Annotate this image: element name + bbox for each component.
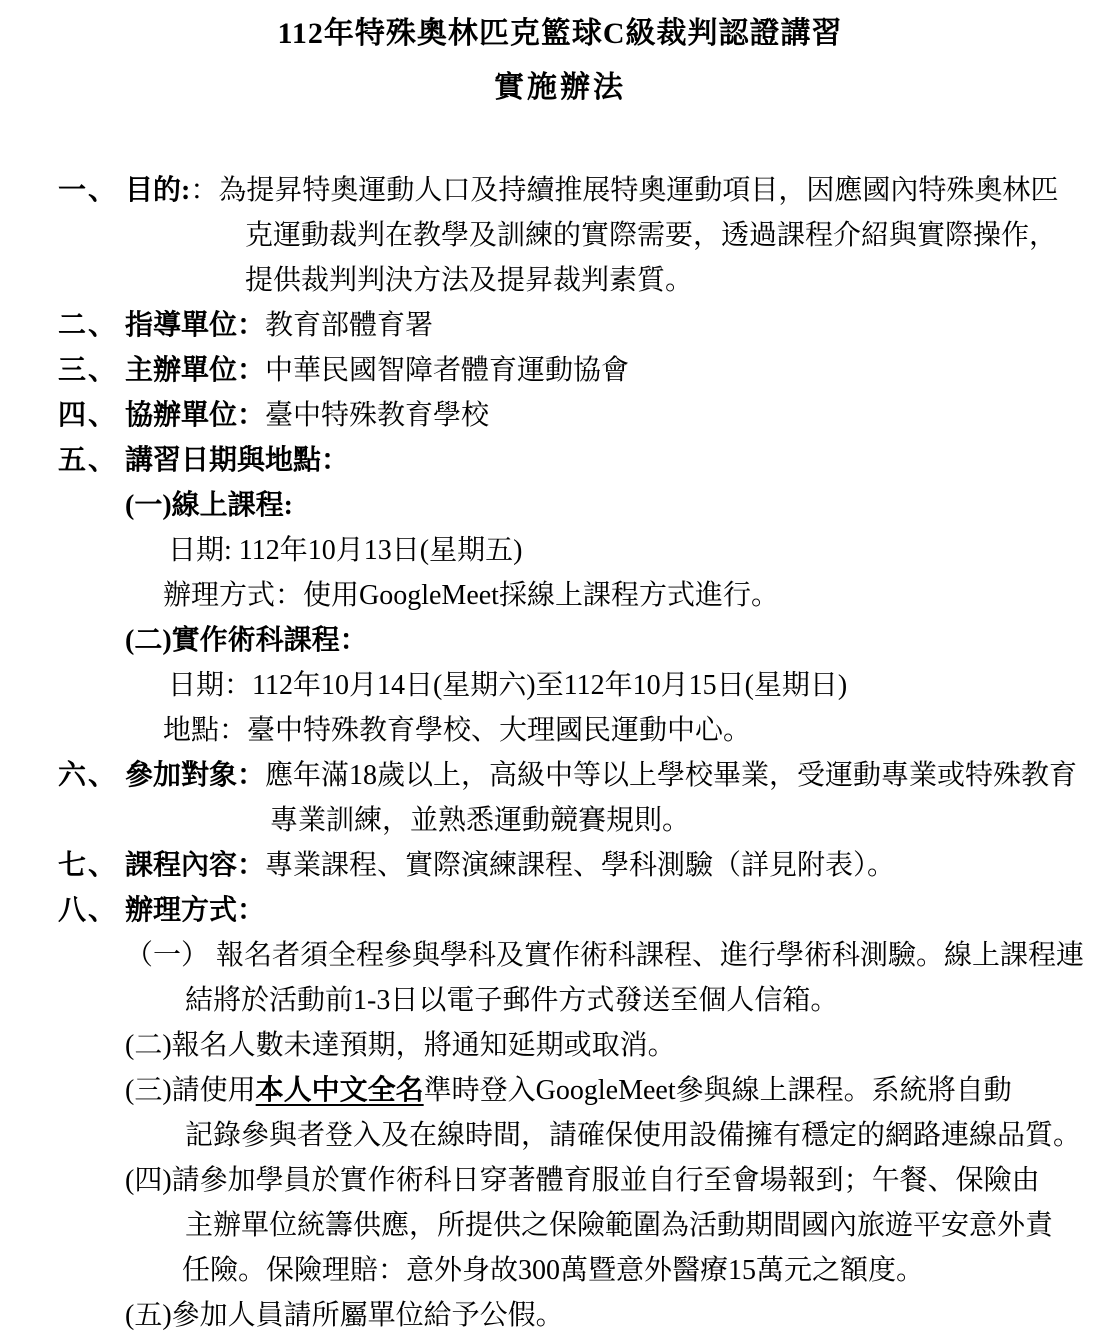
practical-course-location: 地點：臺中特殊教育學校、大理國民運動中心。 [0, 708, 1120, 753]
online-course-method: 辦理方式：使用GoogleMeet採線上課程方式進行。 [0, 573, 1120, 618]
procedure-item-2-text: (二)報名人數未達預期，將通知延期或取消。 [125, 1030, 676, 1061]
section-procedure-marker: 八、 [58, 888, 118, 933]
procedure-item-4-line-1: (四)請參加學員於實作術科日穿著體育服並自行至會場報到；午餐、保險由 [0, 1158, 1120, 1203]
procedure-item-1-line-2: 結將於活動前1-3日以電子郵件方式發送至個人信箱。 [0, 978, 1120, 1023]
procedure-item-1-text-1: （一） 報名者須全程參與學科及實作術科課程、進行學術科測驗。線上課程連 [125, 940, 1084, 971]
procedure-item-3-line-2: 記錄參與者登入及在線時間，請確保使用設備擁有穩定的網路連線品質。 [0, 1113, 1120, 1158]
section-purpose-line-3: 提供裁判判決方法及提昇裁判素質。 [0, 258, 1120, 303]
practical-course-heading-text: (二)實作術科課程： [125, 625, 368, 656]
section-organizer-marker: 三、 [58, 348, 118, 393]
procedure-item-5-line: (五)參加人員請所屬單位給予公假。 [0, 1293, 1120, 1332]
document-title: 112年特殊奧林匹克籃球C級裁判認證講習 [0, 0, 1120, 52]
procedure-item-3-emphasis: 本人中文全名 [256, 1075, 424, 1106]
section-schedule-line: 五、講習日期與地點： [0, 438, 1120, 483]
section-organizer-value: 中華民國智障者體育運動協會 [265, 355, 629, 386]
section-coorganizer-marker: 四、 [58, 393, 118, 438]
practical-course-date-text: 日期：112年10月14日(星期六)至112年10月15日(星期日) [168, 670, 847, 701]
section-participants-text-1: 應年滿18歲以上，高級中等以上學校畢業，受運動專業或特殊教育 [265, 760, 1077, 791]
section-curriculum-value: 專業課程、實際演練課程、學科測驗（詳見附表）。 [265, 850, 895, 881]
online-course-date: 日期: 112年10月13日(星期五) [0, 528, 1120, 573]
section-advisor-line: 二、指導單位：教育部體育署 [0, 303, 1120, 348]
procedure-item-3-text-2: 記錄參與者登入及在線時間，請確保使用設備擁有穩定的網路連線品質。 [185, 1120, 1081, 1151]
online-course-heading: (一)線上課程: [0, 483, 1120, 528]
procedure-item-4-text-1: (四)請參加學員於實作術科日穿著體育服並自行至會場報到；午餐、保險由 [125, 1165, 1040, 1196]
section-purpose-line-2: 克運動裁判在教學及訓練的實際需要，透過課程介紹與實際操作， [0, 213, 1120, 258]
procedure-item-1-line-1: （一） 報名者須全程參與學科及實作術科課程、進行學術科測驗。線上課程連 [0, 933, 1120, 978]
procedure-item-4-line-3: 任險。保險理賠：意外身故300萬暨意外醫療15萬元之額度。 [0, 1248, 1120, 1293]
procedure-item-4-line-2: 主辦單位統籌供應，所提供之保險範圍為活動期間國內旅遊平安意外責 [0, 1203, 1120, 1248]
section-curriculum-marker: 七、 [58, 843, 118, 888]
online-course-method-text: 辦理方式：使用GoogleMeet採線上課程方式進行。 [163, 580, 779, 611]
section-procedure-label: 辦理方式： [125, 895, 265, 926]
section-participants-line-1: 六、參加對象：應年滿18歲以上，高級中等以上學校畢業，受運動專業或特殊教育 [0, 753, 1120, 798]
section-coorganizer-value: 臺中特殊教育學校 [265, 400, 489, 431]
section-schedule-marker: 五、 [58, 438, 118, 483]
procedure-item-1-text-2: 結將於活動前1-3日以電子郵件方式發送至個人信箱。 [185, 985, 838, 1016]
section-purpose-text-1: 為提昇特奧運動人口及持續推展特奧運動項目，因應國內特殊奧林匹 [218, 175, 1058, 206]
online-course-date-text: 日期: 112年10月13日(星期五) [168, 535, 522, 566]
procedure-item-2-line: (二)報名人數未達預期，將通知延期或取消。 [0, 1023, 1120, 1068]
section-purpose-line-1: 一、目的:：為提昇特奧運動人口及持續推展特奧運動項目，因應國內特殊奧林匹 [0, 168, 1120, 213]
section-participants-text-2: 專業訓練，並熟悉運動競賽規則。 [270, 805, 690, 836]
procedure-item-3-line-1: (三)請使用本人中文全名準時登入GoogleMeet參與線上課程。系統將自動 [0, 1068, 1120, 1113]
procedure-item-3-prefix: (三)請使用 [125, 1075, 256, 1106]
section-purpose-label: 目的: [125, 175, 190, 206]
section-purpose-text-2: 克運動裁判在教學及訓練的實際需要，透過課程介紹與實際操作， [245, 220, 1057, 251]
document-subtitle: 實施辦法 [0, 70, 1120, 106]
section-curriculum-line: 七、課程內容：專業課程、實際演練課程、學科測驗（詳見附表）。 [0, 843, 1120, 888]
section-organizer-label: 主辦單位： [125, 355, 265, 386]
section-advisor-label: 指導單位： [125, 310, 265, 341]
document-body: 一、目的:：為提昇特奧運動人口及持續推展特奧運動項目，因應國內特殊奧林匹 克運動… [0, 168, 1120, 1332]
practical-course-heading: (二)實作術科課程： [0, 618, 1120, 663]
section-advisor-marker: 二、 [58, 303, 118, 348]
procedure-item-4-text-2: 主辦單位統籌供應，所提供之保險範圍為活動期間國內旅遊平安意外責 [185, 1210, 1053, 1241]
section-coorganizer-label: 協辦單位： [125, 400, 265, 431]
section-participants-label: 參加對象： [125, 760, 265, 791]
section-participants-line-2: 專業訓練，並熟悉運動競賽規則。 [0, 798, 1120, 843]
section-advisor-value: 教育部體育署 [265, 310, 433, 341]
practical-course-date: 日期：112年10月14日(星期六)至112年10月15日(星期日) [0, 663, 1120, 708]
practical-course-location-text: 地點：臺中特殊教育學校、大理國民運動中心。 [163, 715, 751, 746]
online-course-heading-text: (一)線上課程: [125, 490, 293, 521]
section-purpose-text-3: 提供裁判判決方法及提昇裁判素質。 [245, 265, 693, 296]
section-purpose-marker: 一、 [58, 168, 118, 213]
section-curriculum-label: 課程內容： [125, 850, 265, 881]
section-organizer-line: 三、主辦單位：中華民國智障者體育運動協會 [0, 348, 1120, 393]
section-purpose-colon: ： [190, 175, 218, 206]
section-coorganizer-line: 四、協辦單位：臺中特殊教育學校 [0, 393, 1120, 438]
procedure-item-4-text-3: 任險。保險理賠：意外身故300萬暨意外醫療15萬元之額度。 [182, 1255, 924, 1286]
document-page: 112年特殊奧林匹克籃球C級裁判認證講習 實施辦法 一、目的:：為提昇特奧運動人… [0, 0, 1120, 1332]
procedure-item-5-text: (五)參加人員請所屬單位給予公假。 [125, 1300, 564, 1331]
section-procedure-line: 八、辦理方式： [0, 888, 1120, 933]
section-schedule-label: 講習日期與地點： [125, 445, 349, 476]
section-participants-marker: 六、 [58, 753, 118, 798]
procedure-item-3-suffix: 準時登入GoogleMeet參與線上課程。系統將自動 [424, 1075, 1012, 1106]
